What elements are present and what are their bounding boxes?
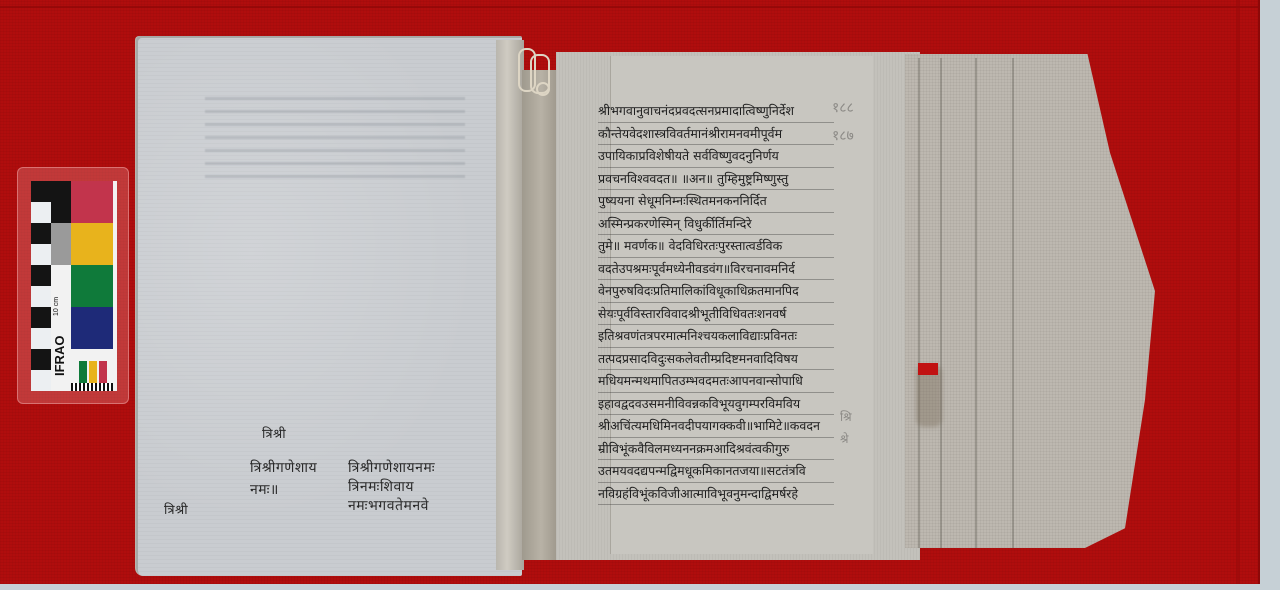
text-line: मधियमन्मथमापितउम्भवदमतःआपनवान्सोपाधि (598, 370, 834, 393)
text-line: श्रीभगवानुवाचनंदप्रवदत्सनप्रमादात्विष्णु… (598, 100, 834, 123)
text-line: उपायिकाप्रविशेषीयते सर्वविष्णुवदनुनिर्णय (598, 145, 834, 168)
text-line: वेनपुरुषविदःप्रतिमालिकांविधूकाधिक्रतमानप… (598, 280, 834, 303)
wrapper-fold-line (918, 58, 920, 548)
wrapper-fold-line (940, 58, 942, 548)
folio-number-1: १८८ (832, 98, 854, 117)
manuscript-text-lines: श्रीभगवानुवाचनंदप्रवदत्सनप्रमादात्विष्णु… (598, 100, 834, 505)
scale-square-black (31, 307, 51, 328)
scale-square-white (31, 202, 51, 223)
cloth-hem (1236, 0, 1240, 584)
text-line: तुमे॥ मवर्णक॥ वेदविधिरतःपुरस्तात्वर्डविक (598, 235, 834, 258)
margin-mark-2: श्रे (840, 430, 849, 447)
inscription-top: त्रिश्री (262, 424, 286, 442)
scale-square-white (31, 370, 51, 391)
left-page-stack-edge (496, 40, 524, 570)
swatch-red (71, 181, 113, 223)
scale-square-black (31, 349, 51, 370)
folio-number-2: १८७ (832, 126, 854, 145)
corner-inscription: त्रिश्री (164, 500, 188, 518)
scale-square-white (31, 328, 51, 349)
binding-spine (522, 70, 560, 560)
color-scale-card: 10 cm IFRAO (31, 181, 117, 391)
text-line: कौन्तेयवेदशास्त्रविवर्तमानंश्रीरामनवमीपू… (598, 123, 834, 146)
text-line: पुष्ययना सेधूमनिम्नःस्थितमनकननिर्दित (598, 190, 834, 213)
scale-length-label: 10 cm (53, 286, 69, 316)
text-line: इतिश्रवणंतत्रपरमात्मनिश्चयकलाविद्याःप्रव… (598, 325, 834, 348)
binding-thread-knot (536, 82, 550, 96)
margin-mark-1: श्रि (840, 408, 852, 425)
scale-square-black (31, 265, 51, 286)
wrapper-fold-line (975, 58, 977, 548)
scale-gray-block (51, 223, 71, 265)
scale-square-black (31, 223, 51, 244)
ifrao-label: IFRAO (52, 321, 70, 391)
text-line: तत्पदप्रसादविदुःसकलेवतीम्प्रदिष्टमनवादिव… (598, 348, 834, 371)
text-line: श्रीअचिंत्यमधिमिनवदीपयागक्कवी॥भामिटे॥कवद… (598, 415, 834, 438)
cloth-seam (0, 6, 1258, 8)
inscription-left-1: त्रिश्रीगणेशाय (250, 458, 317, 477)
wrapper-fold-line (1012, 58, 1014, 548)
scale-black-block (51, 181, 71, 223)
ifrao-color-scale: 10 cm IFRAO (17, 167, 129, 404)
swatch-yellow (71, 223, 113, 265)
text-line: सेयःपूर्वविस्तारविवादश्रीभूतीविधिवतःशनवर… (598, 303, 834, 326)
swatch-green (71, 265, 113, 307)
scale-square-white (31, 244, 51, 265)
scale-square-black (31, 181, 51, 202)
text-line: उतमयवदद्यपन्मद्विमधूकमिकानतजया॥सटतंत्रवि (598, 460, 834, 483)
swatch-blue (71, 307, 113, 349)
text-line: इहावद्वदवउसमनीविवन्नकविभूयवुगम्परविमविय (598, 393, 834, 416)
scale-ruler-bars (71, 383, 113, 391)
inscription-right-1: त्रिश्रीगणेशायनमः (348, 458, 435, 477)
text-line: अस्मिन्प्रकरणेस्मिन् विधुर्कीर्तिमन्दिरे (598, 213, 834, 236)
inscription-left-2: नमः॥ (250, 480, 279, 499)
scale-square-white (31, 286, 51, 307)
show-through-printed-text (205, 88, 465, 178)
wrapper-hole (918, 363, 938, 375)
inscription-right-2: त्रिनमःशिवाय (348, 477, 414, 496)
text-line: म्रीविभूंकवैविलमध्यननक्रमआदिश्रवंत्वकीगु… (598, 438, 834, 461)
text-line: वदतेउपश्रमःपूर्वमध्येनीवडवंग॥विरचनावमनिर… (598, 258, 834, 281)
text-line: नविग्रहंविभूंकविजीआत्माविभूवनुमन्दाद्विम… (598, 483, 834, 506)
text-line: प्रवचनविश्ववदत॥ ॥अन॥ तुम्हिमुष्ट्रमिष्णु… (598, 168, 834, 191)
inscription-right-3: नमःभगवतेमनवे (348, 496, 429, 515)
